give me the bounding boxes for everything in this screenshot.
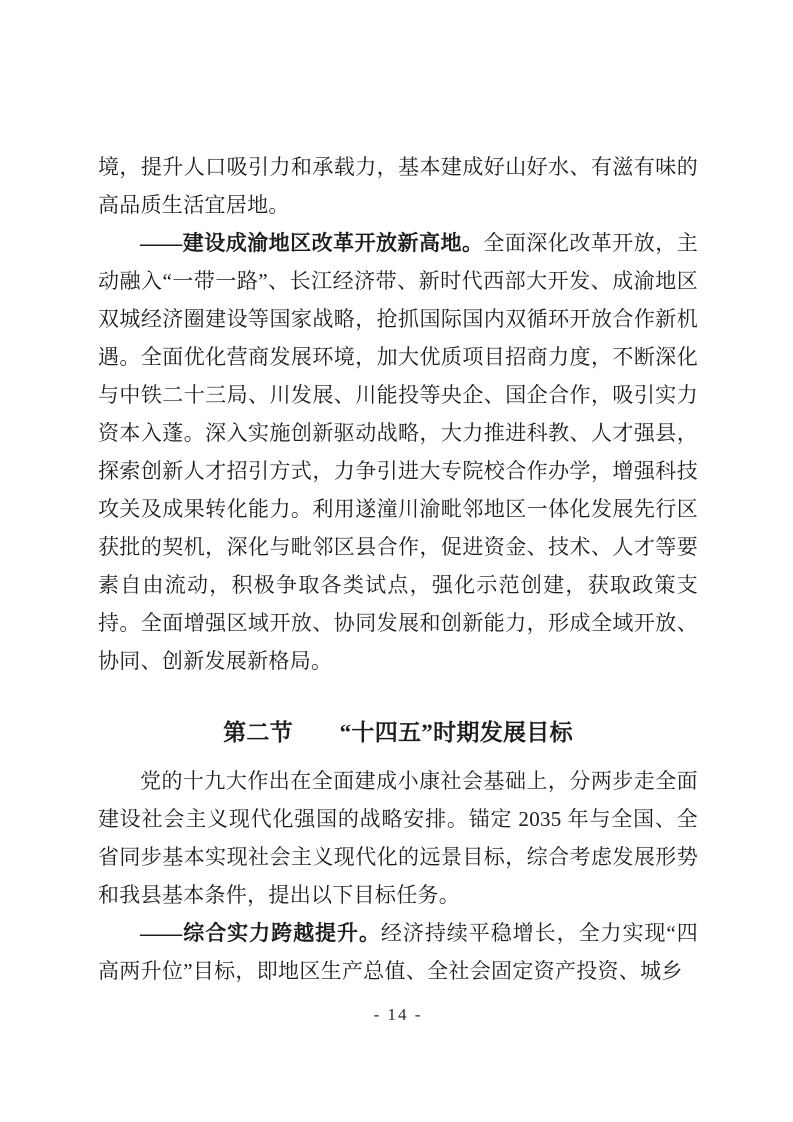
paragraph-lead-bold: ——建设成渝地区改革开放新高地。	[140, 231, 483, 255]
paragraph: 境，提升人口吸引力和承载力，基本建成好山好水、有滋有味的高品质生活宜居地。	[98, 148, 698, 224]
paragraph: ——建设成渝地区改革开放新高地。全面深化改革开放，主动融入“一带一路”、长江经济…	[98, 224, 698, 680]
document-body: 境，提升人口吸引力和承载力，基本建成好山好水、有滋有味的高品质生活宜居地。 ——…	[98, 148, 698, 990]
paragraph: ——综合实力跨越提升。经济持续平稳增长，全力实现“四高两升位”目标，即地区生产总…	[98, 914, 698, 990]
paragraph: 党的十九大作出在全面建成小康社会基础上，分两步走全面建设社会主义现代化强国的战略…	[98, 762, 698, 914]
paragraph-text: 全面深化改革开放，主动融入“一带一路”、长江经济带、新时代西部大开发、成渝地区双…	[98, 231, 698, 673]
paragraph-text: 境，提升人口吸引力和承载力，基本建成好山好水、有滋有味的高品质生活宜居地。	[98, 155, 698, 217]
page-number: - 14 -	[98, 1003, 698, 1027]
document-page: 境，提升人口吸引力和承载力，基本建成好山好水、有滋有味的高品质生活宜居地。 ——…	[0, 0, 793, 1122]
section-heading: 第二节 “十四五”时期发展目标	[98, 714, 698, 752]
paragraph-text: 党的十九大作出在全面建成小康社会基础上，分两步走全面建设社会主义现代化强国的战略…	[98, 769, 698, 907]
paragraph-lead-bold: ——综合实力跨越提升。	[140, 921, 381, 945]
